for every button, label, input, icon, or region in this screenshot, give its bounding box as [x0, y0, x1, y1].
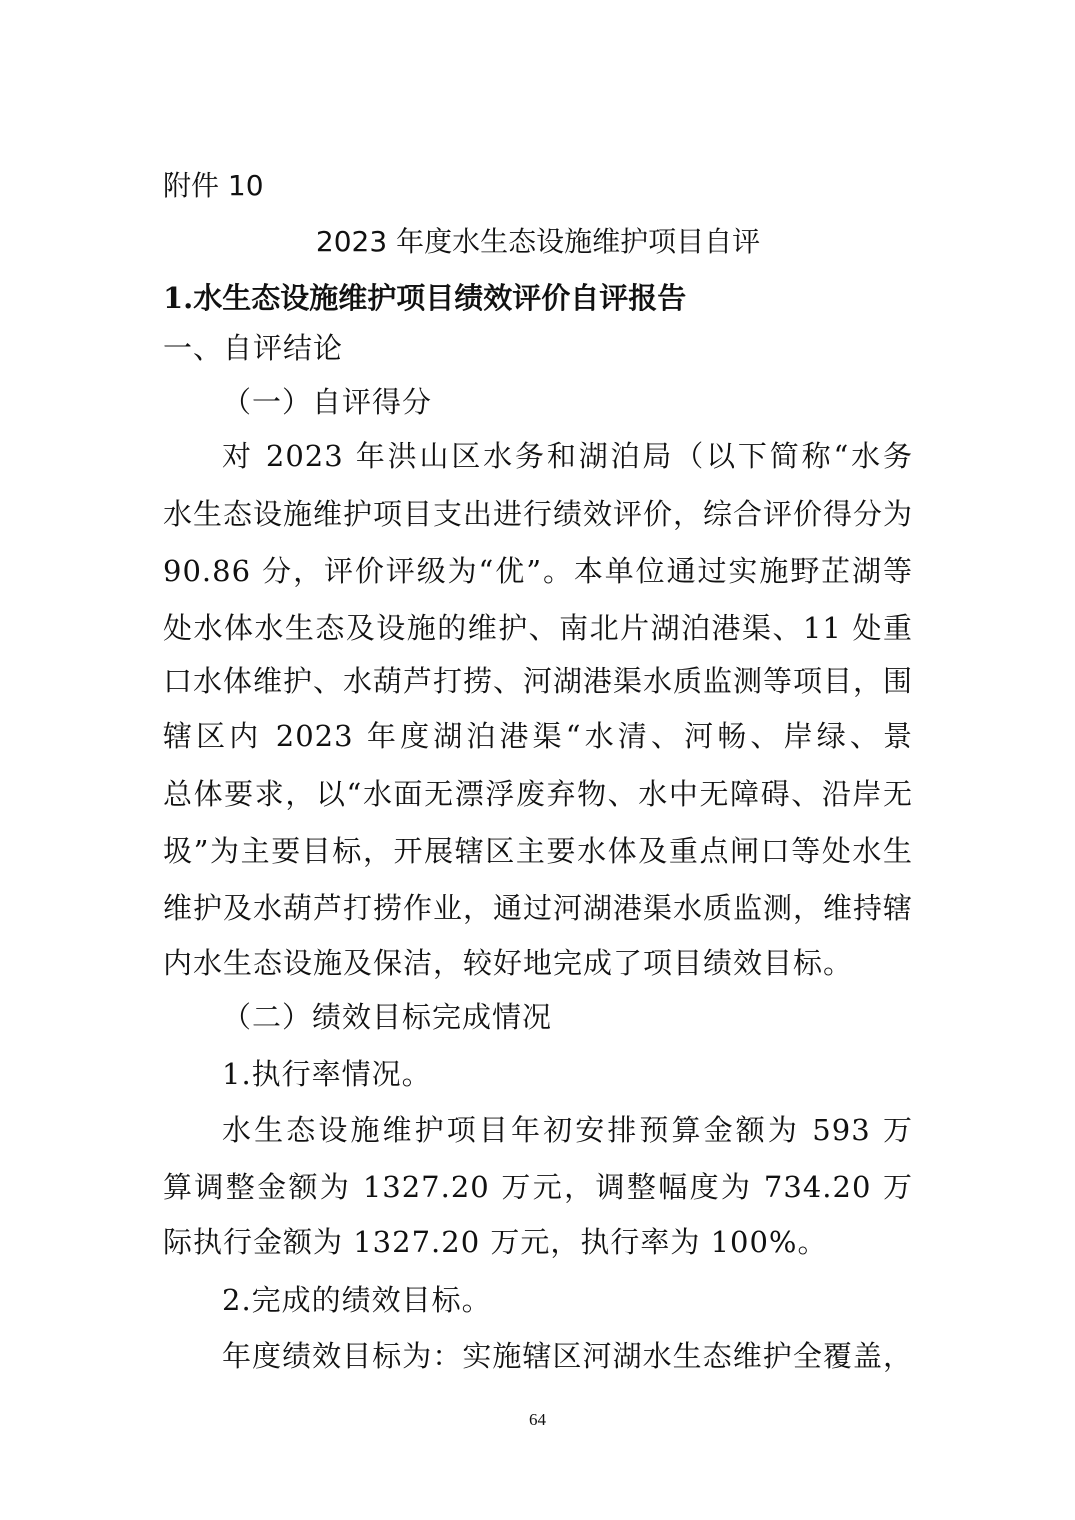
subsection-heading-goals: （二）绩效目标完成情况 [222, 997, 913, 1037]
paragraph-line: 90.86 分，评价评级为“优”。本单位通过实施野芷湖等 11 [163, 551, 913, 591]
paragraph-line: 圾”为主要目标，开展辖区主要水体及重点闸口等处水生态 [163, 831, 913, 871]
paragraph-line: 维护及水葫芦打捞作业，通过河湖港渠水质监测，维持辖区 [163, 888, 913, 928]
section-heading-conclusion: 一、自评结论 [163, 328, 913, 368]
attachment-label: 附件 10 [163, 166, 913, 206]
paragraph-line: 辖区内 2023 年度湖泊港渠“水清、河畅、岸绿、景美”的 [163, 716, 913, 756]
paragraph-line: 年度绩效目标为：实施辖区河湖水生态维护全覆盖，并 [222, 1336, 913, 1376]
paragraph-line: 对 2023 年洪山区水务和湖泊局（以下简称“水务局”） [222, 436, 913, 476]
report-title: 1.水生态设施维护项目绩效评价自评报告 [163, 278, 913, 318]
document-title: 2023 年度水生态设施维护项目自评 [163, 222, 913, 262]
paragraph-line: 水生态设施维护项目支出进行绩效评价，综合评价得分为 [163, 494, 913, 534]
document-page: 附件 10 2023 年度水生态设施维护项目自评 1.水生态设施维护项目绩效评价… [0, 0, 1075, 1520]
paragraph-line: 际执行金额为 1327.20 万元，执行率为 100%。 [163, 1222, 913, 1262]
paragraph-line: 算调整金额为 1327.20 万元，调整幅度为 734.20 万元，实 [163, 1167, 913, 1207]
paragraph-line: 水生态设施维护项目年初安排预算金额为 593 万元，预 [222, 1110, 913, 1150]
item-heading-completed-goals: 2.完成的绩效目标。 [222, 1280, 913, 1320]
page-number: 64 [0, 1410, 1075, 1430]
paragraph-line: 处水体水生态及设施的维护、南北片湖泊港渠、11 处重点闸 [163, 608, 913, 648]
subsection-heading-score: （一）自评得分 [222, 382, 913, 422]
paragraph-line: 口水体维护、水葫芦打捞、河湖港渠水质监测等项目，围绕 [163, 661, 913, 701]
item-heading-execution-rate: 1.执行率情况。 [222, 1054, 913, 1094]
paragraph-line: 总体要求，以“水面无漂浮废弃物、水中无障碍、沿岸无垃 [163, 774, 913, 814]
paragraph-line: 内水生态设施及保洁，较好地完成了项目绩效目标。 [163, 943, 913, 983]
